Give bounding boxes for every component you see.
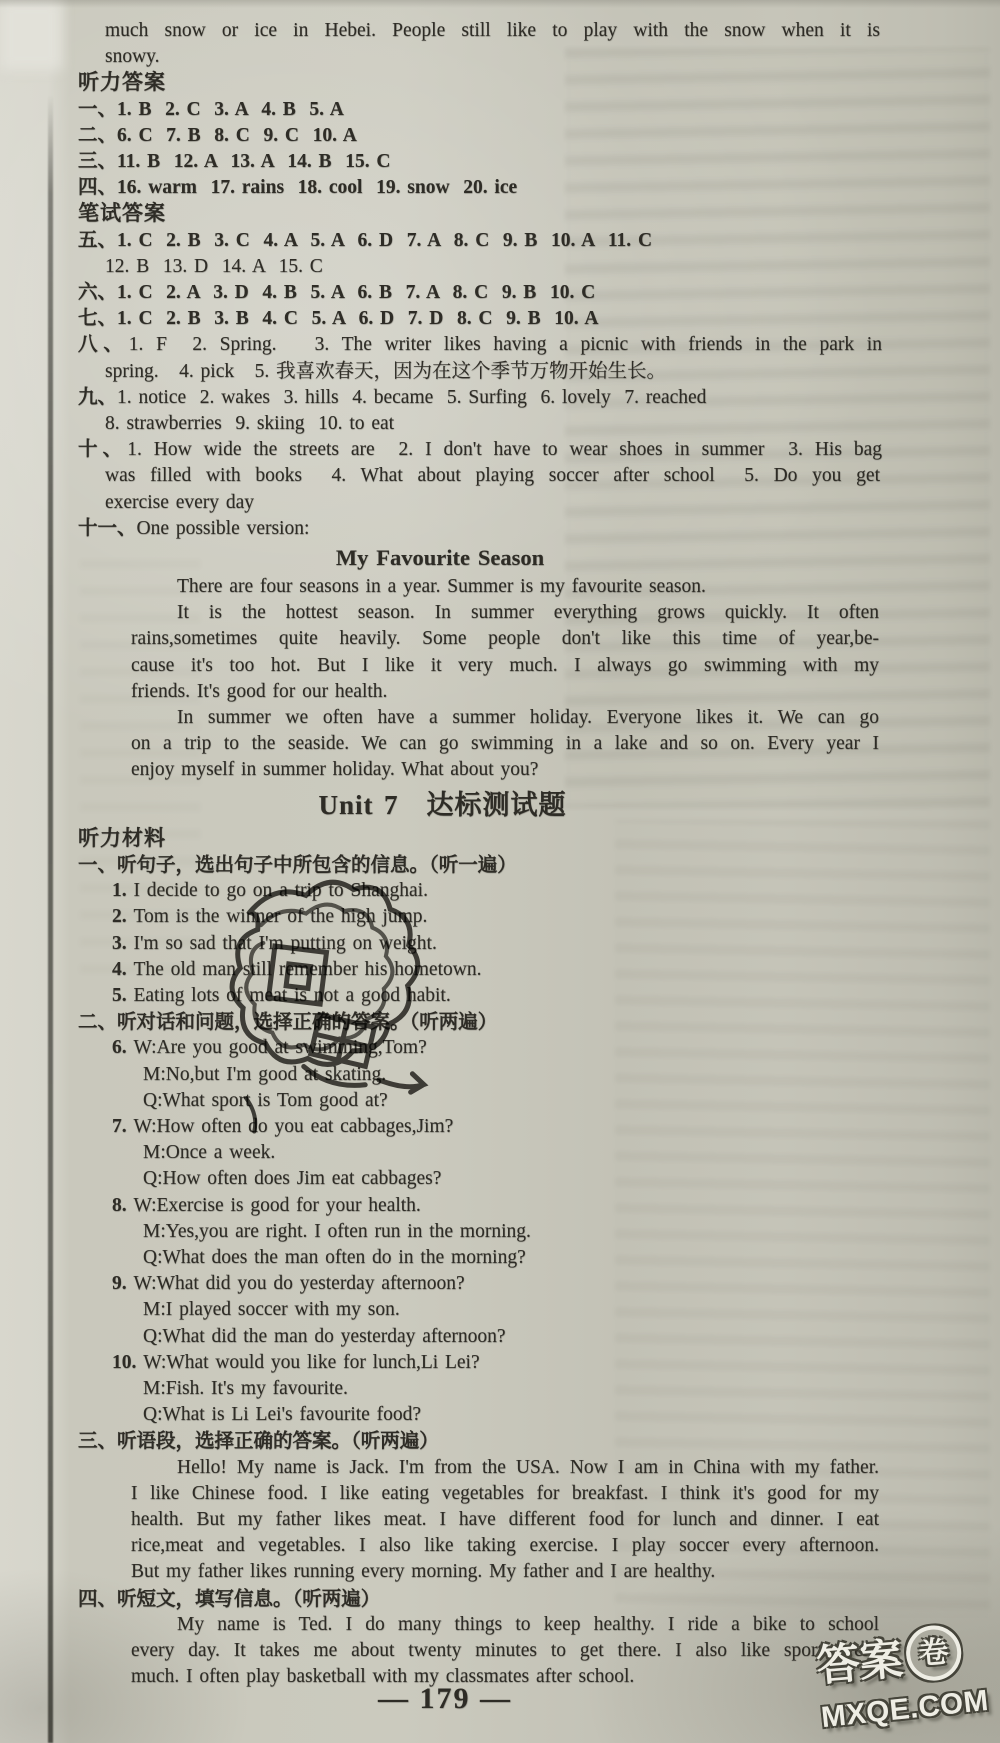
text-line: Q:What did the man do yesterday afternoo… — [143, 1324, 880, 1350]
text-line: rains,sometimes quite heavily. Some peop… — [131, 626, 879, 652]
text-line: 12. B 13. D 14. A 15. C — [105, 254, 880, 280]
text-line: 十、1. How wide the streets are 2. I don't… — [78, 437, 882, 463]
text-line: 五、1. C 2. B 3. C 4. A 5. A 6. D 7. A 8. … — [78, 228, 882, 254]
text-line: But my father likes running every mornin… — [131, 1559, 879, 1585]
text-line: I like Chinese food. I like eating veget… — [131, 1481, 879, 1507]
text-line: on a trip to the seaside. We can go swim… — [131, 731, 879, 757]
line-text: 1. notice 2. wakes 3. hills 4. became 5.… — [117, 387, 706, 408]
text-line: My Favourite Season — [0, 542, 880, 574]
text-line: 10. W:What would you like for lunch,Li L… — [112, 1350, 880, 1376]
text-line: 八、1. F 2. Spring. 3. The writer likes ha… — [78, 332, 882, 358]
text-line: health. But my father likes meat. I have… — [131, 1507, 879, 1533]
document-content: much snow or ice in Hebei. People still … — [0, 18, 1000, 1690]
line-number: 5. — [112, 985, 133, 1006]
line-number: 2. — [112, 906, 133, 927]
text-line: Q:How often does Jim eat cabbages? — [143, 1166, 880, 1192]
text-line: 听力答案 — [78, 70, 1000, 96]
line-text: 1. How wide the streets are 2. I don't h… — [127, 439, 882, 460]
text-line: 十一、One possible version: — [78, 516, 882, 542]
text-line: Q:What does the man often do in the morn… — [143, 1245, 880, 1271]
line-number: 4. — [112, 959, 133, 980]
text-line: snowy. — [105, 44, 880, 70]
page-number: — 179 — — [0, 1682, 890, 1716]
scan-top-edge — [0, 0, 1000, 8]
line-number: 10. — [112, 1352, 143, 1373]
text-line: 二、6. C 7. B 8. C 9. C 10. A — [78, 123, 882, 149]
text-line: 四、听短文，填写信息。（听两遍） — [78, 1586, 1000, 1612]
text-line: 四、16. warm 17. rains 18. cool 19. snow 2… — [78, 175, 882, 201]
text-line: There are four seasons in a year. Summer… — [131, 574, 879, 600]
watermark-circled-char: 卷 — [904, 1623, 964, 1683]
text-line: rice,meat and vegetables. I also like ta… — [131, 1533, 879, 1559]
text-line: My name is Ted. I do many things to keep… — [131, 1612, 879, 1638]
text-line: 听力材料 — [78, 826, 1000, 852]
line-number: 8. — [112, 1195, 133, 1216]
text-line: Hello! My name is Jack. I'm from the USA… — [131, 1455, 879, 1481]
line-number: 九、 — [78, 387, 117, 408]
line-number: 3. — [112, 933, 133, 954]
line-number: 八、 — [78, 334, 129, 355]
line-text: One possible version: — [137, 518, 310, 539]
text-line: M:Once a week. — [143, 1140, 880, 1166]
text-line: M:I played soccer with my son. — [143, 1297, 880, 1323]
line-text: W:Exercise is good for your health. — [133, 1195, 420, 1216]
line-number: 十一、 — [78, 518, 137, 539]
site-watermark: 答案卷 MXQE.COM — [814, 1615, 1000, 1733]
text-line: 六、1. C 2. A 3. D 4. B 5. A 6. B 7. A 8. … — [78, 280, 882, 306]
text-line: 9. W:What did you do yesterday afternoon… — [112, 1271, 880, 1297]
text-line: 笔试答案 — [78, 201, 1000, 227]
text-line: 一、1. B 2. C 3. A 4. B 5. A — [78, 97, 882, 123]
text-line: In summer we often have a summer holiday… — [131, 705, 879, 731]
text-line: 三、听语段，选择正确的答案。（听两遍） — [78, 1428, 1000, 1454]
text-line: 一、听句子，选出句子中所包含的信息。（听一遍） — [78, 852, 1000, 878]
text-line: 七、1. C 2. B 3. B 4. C 5. A 6. D 7. D 8. … — [78, 306, 882, 332]
line-number: 十、 — [78, 439, 127, 460]
text-line: was filled with books 4. What about play… — [105, 463, 880, 489]
line-text: W:What did you do yesterday afternoon? — [133, 1273, 464, 1294]
text-line: cause it's too hot. But I like it very m… — [131, 653, 879, 679]
text-line: 8. W:Exercise is good for your health. — [112, 1193, 880, 1219]
text-line: friends. It's good for our health. — [131, 679, 879, 705]
text-line: every day. It takes me about twenty minu… — [131, 1638, 879, 1664]
line-number: 6. — [112, 1037, 133, 1058]
text-line: M:Yes,you are right. I often run in the … — [143, 1219, 880, 1245]
line-number: 1. — [112, 880, 133, 901]
text-line: It is the hottest season. In summer ever… — [131, 600, 879, 626]
text-line: M:Fish. It's my favourite. — [143, 1376, 880, 1402]
ink-stamp — [168, 858, 448, 1149]
line-text: W:What would you like for lunch,Li Lei? — [143, 1352, 479, 1373]
text-line: 8. strawberries 9. skiing 10. to eat — [105, 411, 880, 437]
text-line: much snow or ice in Hebei. People still … — [105, 18, 880, 44]
line-number: 9. — [112, 1273, 133, 1294]
line-text: 1. F 2. Spring. 3. The writer likes havi… — [129, 334, 882, 355]
watermark-text: 答案 — [814, 1625, 905, 1693]
text-line: 九、1. notice 2. wakes 3. hills 4. became … — [78, 385, 882, 411]
text-line: Unit 7 达标测试题 — [0, 784, 885, 826]
text-line: spring. 4. pick 5. 我喜欢春天，因为在这个季节万物开始生长。 — [105, 359, 880, 385]
text-line: 三、11. B 12. A 13. A 14. B 15. C — [78, 149, 882, 175]
text-line: Q:What is Li Lei's favourite food? — [143, 1402, 880, 1428]
text-line: enjoy myself in summer holiday. What abo… — [131, 757, 879, 783]
line-number: 7. — [112, 1116, 133, 1137]
text-line: exercise every day — [105, 490, 880, 516]
